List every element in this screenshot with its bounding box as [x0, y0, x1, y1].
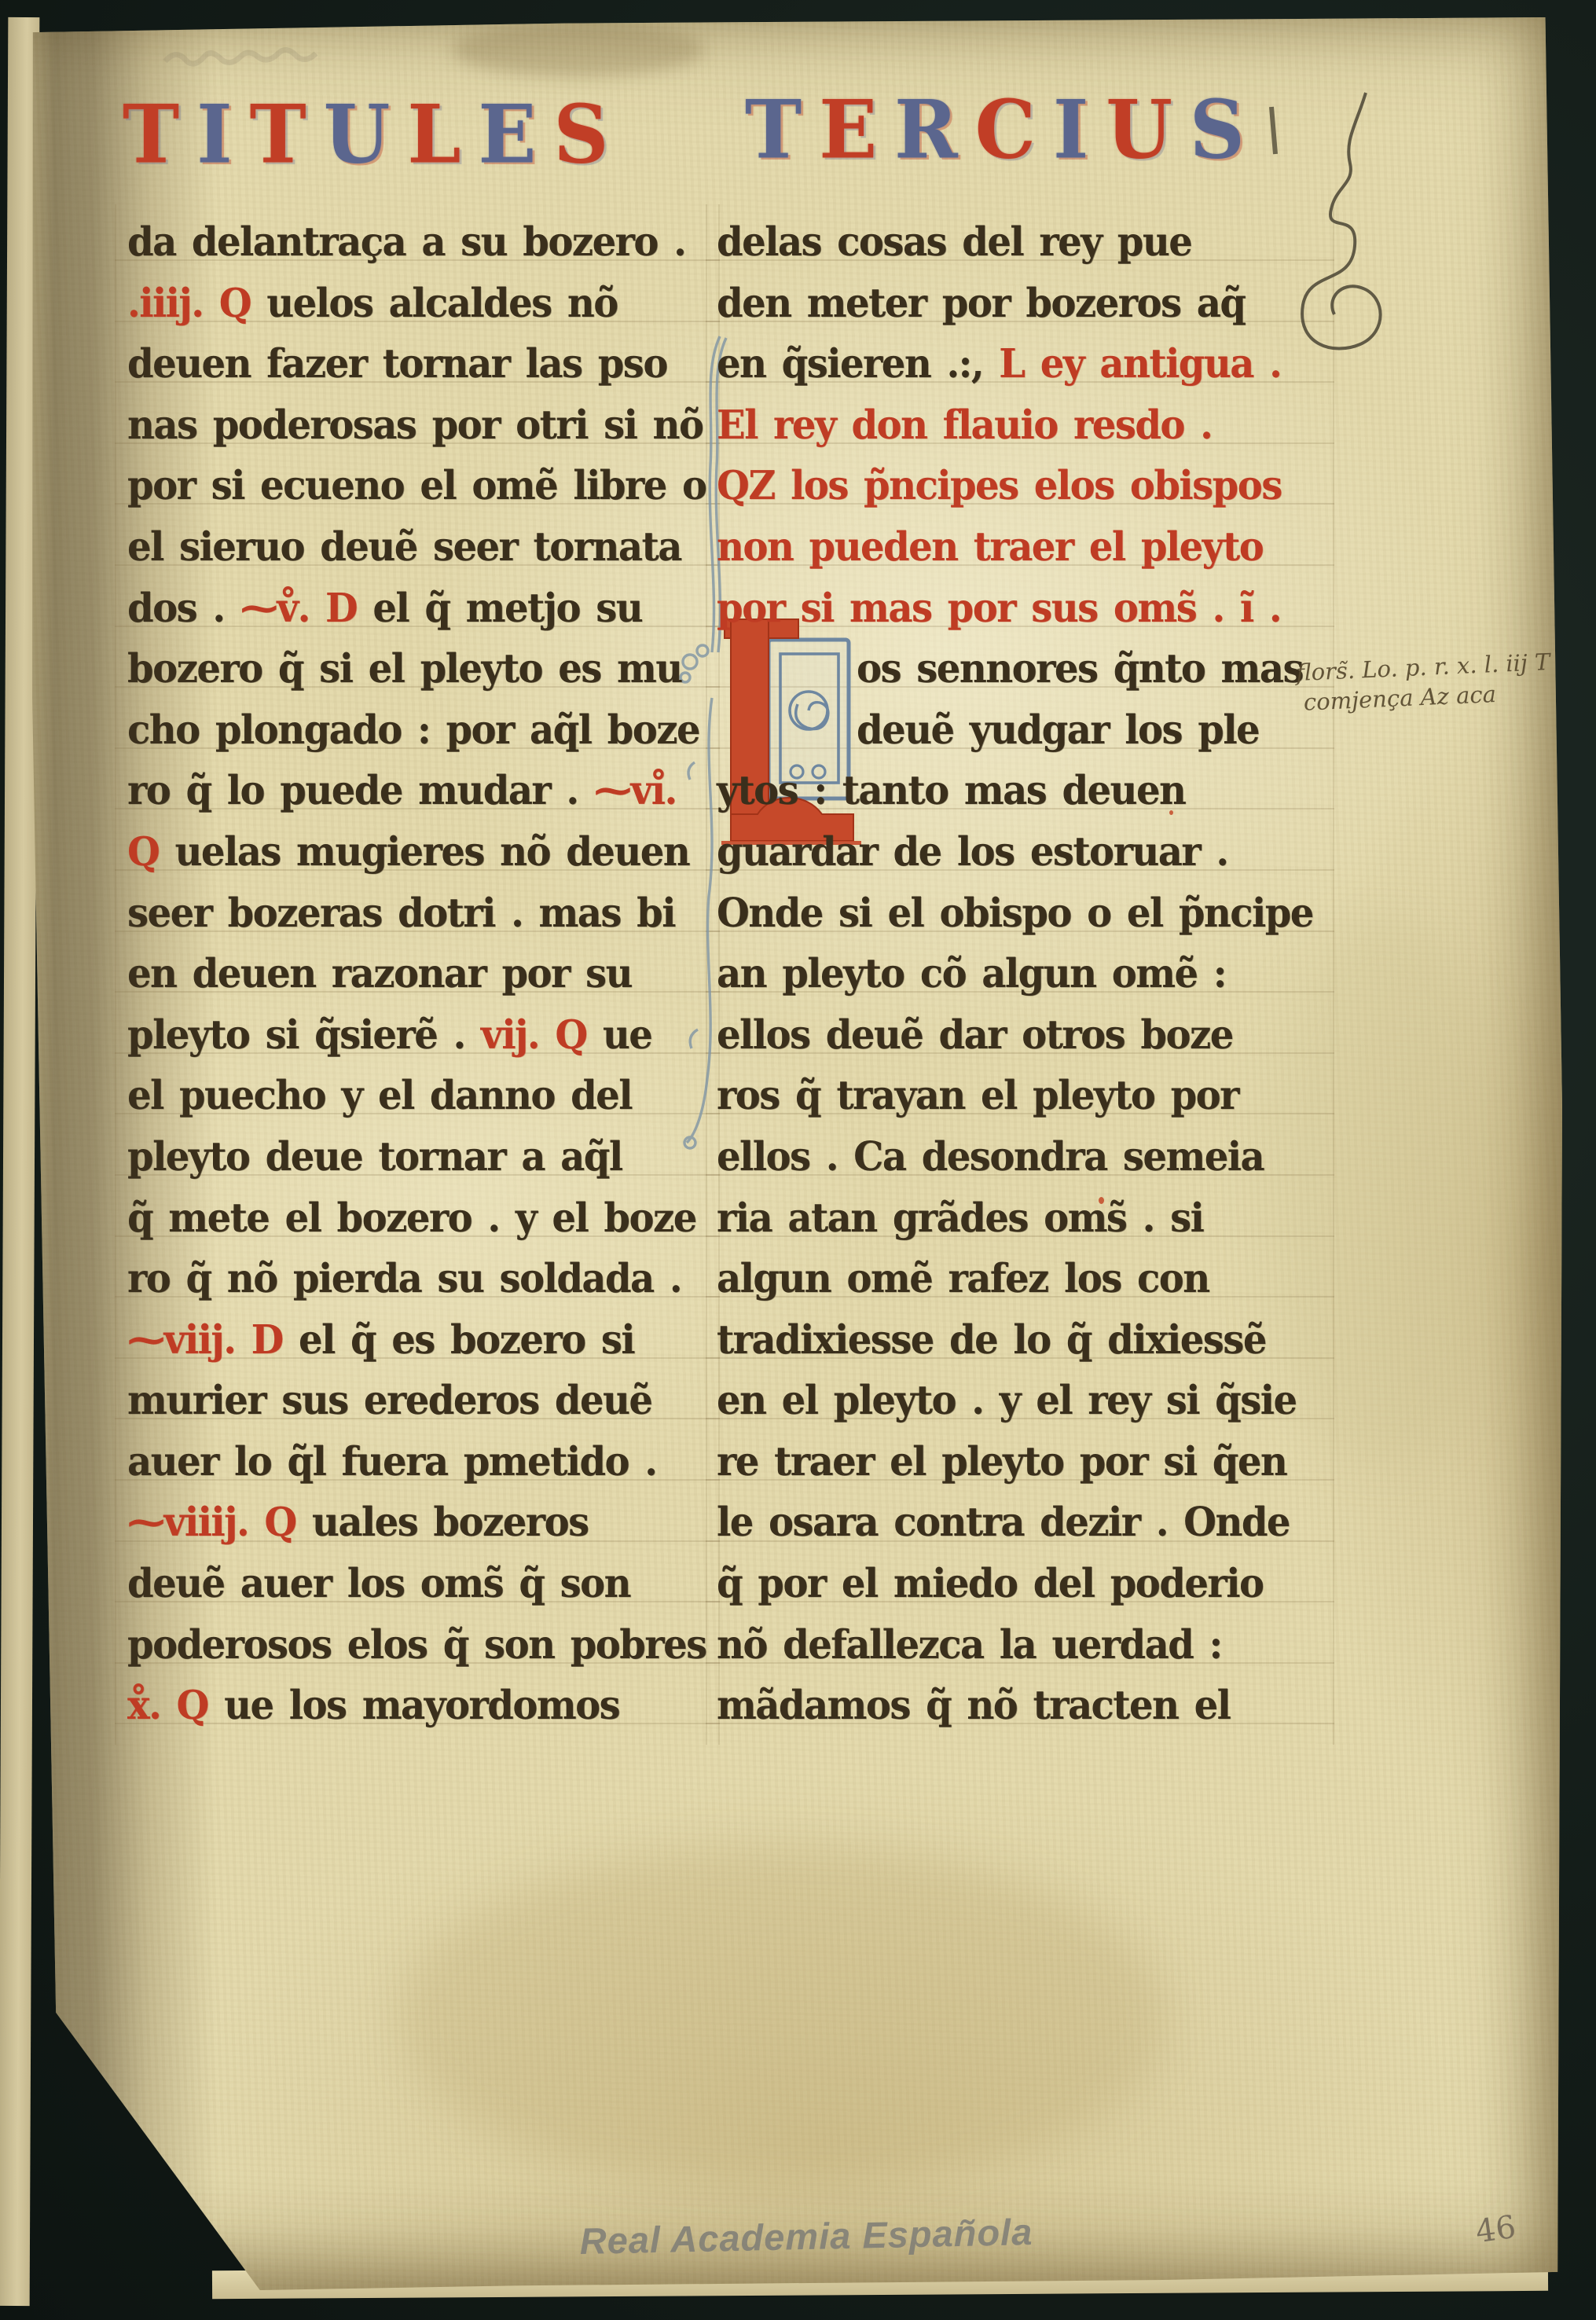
header-letter: U: [324, 87, 391, 182]
text-line: El rey don flauio resdo .: [717, 393, 1323, 457]
text-line: .iiij. Q uelos alcaldes nõ: [127, 271, 704, 336]
body-text: ro q̃ nõ pierda su soldada .: [127, 1255, 681, 1301]
body-text: en deuen razonar por su: [127, 950, 632, 997]
rubric-text: ⁓viiij. Q: [127, 1500, 296, 1546]
rubric-text: por si mas por sus oms̃ . ĩ .: [717, 585, 1281, 631]
header-letter: C: [975, 83, 1036, 177]
body-text: pleyto deue tornar a aq̃l: [127, 1133, 622, 1180]
parchment-stain: [453, 22, 704, 77]
text-line: algun omẽ rafez los con: [717, 1247, 1323, 1312]
running-title-titules: TITULES: [123, 90, 626, 179]
parchment-stain: [398, 1845, 1168, 2191]
text-line: en el pleyto . y el rey si q̃sie: [717, 1369, 1323, 1433]
column-guide: [115, 204, 116, 1745]
text-line: ros q̃ trayan el pleyto por: [717, 1064, 1323, 1129]
body-text: da delantraça a su bozero .: [127, 218, 685, 265]
text-line: en deuen razonar por su: [127, 942, 704, 1007]
text-line: delas cosas del rey pue: [717, 211, 1323, 275]
header-letter: T: [123, 87, 179, 182]
text-line: el sieruo deuẽ seer tornata: [127, 516, 704, 580]
body-text: el q̃ es bozero si: [299, 1316, 634, 1363]
text-column-left: da delantraça a su bozero ..iiij. Q uelo…: [127, 212, 704, 1737]
text-line: guardar de los estoruar .: [717, 820, 1323, 885]
parchment-page: TITULES TERCIUS da delantraça a su: [28, 14, 1562, 2290]
body-text: nõ defallezca la uerdad :: [717, 1621, 1222, 1668]
text-line: tradixiesse de lo q̃ dixiessẽ: [717, 1308, 1323, 1372]
body-text: el sieruo deuẽ seer tornata: [127, 523, 681, 570]
margin-annotation: flors̃. Lo. p. r. x. l. iij T comjença A…: [1295, 647, 1551, 718]
header-letter: I: [1053, 83, 1088, 177]
text-line: pleyto deue tornar a aq̃l: [127, 1125, 704, 1190]
rubric-text: .iiij. Q: [127, 280, 251, 326]
header-letter: L: [407, 87, 460, 182]
body-text: q̃ por el miedo del poderio: [717, 1560, 1263, 1606]
rubric-text: L ey antigua .: [999, 340, 1281, 387]
body-text: ros q̃ trayan el pleyto por: [717, 1073, 1238, 1119]
rubric-text: non pueden traer el pleyto: [717, 523, 1263, 570]
text-line: le osara contra dezir . Onde: [717, 1491, 1323, 1555]
body-text: auer lo q̃l fuera pmetido .: [127, 1438, 657, 1485]
body-text: uelos alcaldes nõ: [251, 280, 618, 326]
body-text: bozero q̃ si el pleyto es mu: [127, 645, 682, 692]
body-text: ellos deuẽ dar otros boze: [717, 1011, 1233, 1058]
rubric-text: QZ los p̃ncipes elos obispos: [717, 463, 1282, 509]
text-line: dos . ⁓v̊. D el q̃ metjo su: [127, 576, 704, 641]
text-line: x̊. Q ue los mayordomos: [127, 1674, 704, 1738]
faint-pencil-inscription: [154, 25, 374, 88]
body-text: deuẽ yudgar los ple: [857, 707, 1259, 753]
header-letter: T: [745, 83, 802, 177]
header-letter: S: [1190, 83, 1245, 177]
text-line: pleyto si q̃sierẽ . vij. Q ue: [127, 1003, 704, 1067]
text-line: ria atan grãdes oms̃ . si: [717, 1186, 1323, 1250]
text-line: den meter por bozeros aq̃: [717, 271, 1323, 336]
folio-number: 46: [1473, 2209, 1518, 2251]
body-text: poderosos elos q̃ son pobres: [127, 1621, 706, 1668]
body-text: murier sus erederos deuẽ: [127, 1378, 651, 1424]
body-text: q̃ mete el bozero . y el boze: [127, 1195, 696, 1241]
body-text: ellos . Ca desondra semeia: [717, 1133, 1264, 1180]
body-text: cho plongado : por aq̃l boze: [127, 707, 699, 753]
body-text: ytos : tanto mas deuen: [717, 768, 1185, 814]
rubric-text: Q: [127, 828, 159, 875]
body-text: an pleyto cõ algun omẽ :: [717, 950, 1226, 997]
text-line: ro q̃ lo puede mudar . ⁓vi̊.: [127, 759, 704, 824]
body-text: el q̃ metjo su: [372, 585, 642, 631]
rubric-text: ⁓vi̊.: [594, 768, 677, 814]
text-line: deuen fazer tornar las pso: [127, 332, 704, 397]
body-text: por si ecueno el omẽ libre o: [127, 463, 706, 509]
header-letter: E: [819, 83, 877, 177]
body-text: en el pleyto . y el rey si q̃sie: [717, 1378, 1297, 1424]
body-text: uelas mugieres nõ deuen: [159, 828, 689, 875]
body-text: os sennores q̃nto mas: [857, 645, 1303, 692]
text-line: auer lo q̃l fuera pmetido .: [127, 1430, 704, 1495]
body-text: en q̃sieren .:,: [717, 340, 999, 387]
rubric-text: ⁓viij. D: [127, 1316, 299, 1363]
running-title-tercius: TERCIUS: [745, 85, 1262, 174]
body-text: guardar de los estoruar .: [717, 828, 1228, 875]
rubric-text: ⁓v̊. D: [240, 585, 373, 631]
body-text: dos .: [127, 585, 240, 631]
watermark: Real Academia Española: [546, 2209, 1066, 2263]
text-line: ellos deuẽ dar otros boze: [717, 1003, 1323, 1067]
pencil-flourish: [1254, 82, 1427, 365]
body-text: seer bozeras dotri . mas bi: [127, 890, 675, 936]
header-letter: U: [1106, 83, 1172, 177]
text-line: QZ los p̃ncipes elos obispos: [717, 454, 1323, 519]
text-line: poderosos elos q̃ son pobres: [127, 1613, 704, 1677]
body-text: delas cosas del rey pue: [717, 218, 1191, 265]
text-column-right: delas cosas del rey pueden meter por boz…: [717, 212, 1323, 1737]
body-text: Onde si el obispo o el p̃ncipe: [717, 890, 1313, 936]
body-text: deuen fazer tornar las pso: [127, 340, 667, 387]
text-line: deuẽ auer los oms̃ q̃ son: [127, 1552, 704, 1617]
text-line: el puecho y el danno del: [127, 1064, 704, 1129]
body-text: algun omẽ rafez los con: [717, 1255, 1209, 1301]
text-line: re traer el pleyto por si q̃en: [717, 1430, 1323, 1495]
text-line: ro q̃ nõ pierda su soldada .: [127, 1247, 704, 1312]
body-text: ro q̃ lo puede mudar .: [127, 768, 594, 814]
body-text: uales bozeros: [296, 1500, 589, 1546]
text-line: en q̃sieren .:, L ey antigua .: [717, 332, 1323, 397]
body-text: ria atan grãdes oms̃ . si: [717, 1195, 1203, 1241]
body-text: deuẽ auer los oms̃ q̃ son: [127, 1560, 630, 1606]
header-letter: E: [479, 87, 537, 182]
text-line: ⁓viij. D el q̃ es bozero si: [127, 1308, 704, 1372]
rubric-text: El rey don flauio resdo .: [717, 402, 1212, 448]
text-line: Onde si el obispo o el p̃ncipe: [717, 881, 1323, 945]
text-line: da delantraça a su bozero .: [127, 211, 704, 275]
text-line: non pueden traer el pleyto: [717, 516, 1323, 580]
body-text: tradixiesse de lo q̃ dixiessẽ: [717, 1316, 1266, 1363]
text-line: bozero q̃ si el pleyto es mu: [127, 637, 704, 702]
body-text: den meter por bozeros aq̃: [717, 280, 1245, 326]
text-line: murier sus erederos deuẽ: [127, 1369, 704, 1433]
body-text: mãdamos q̃ nõ tracten el: [717, 1683, 1230, 1729]
text-line: ytos : tanto mas deuen: [717, 759, 1323, 824]
text-line: Q uelas mugieres nõ deuen: [127, 820, 704, 885]
rubric-text: vij. Q: [481, 1011, 587, 1058]
text-line: nas poderosas por otri si nõ: [127, 393, 704, 457]
body-text: el puecho y el danno del: [127, 1073, 632, 1119]
body-text: pleyto si q̃sierẽ .: [127, 1011, 481, 1058]
text-line: por si mas por sus oms̃ . ĩ .: [717, 576, 1323, 641]
column-guide: [1333, 204, 1334, 1745]
text-line: q̃ por el miedo del poderio: [717, 1552, 1323, 1617]
text-line: an pleyto cõ algun omẽ :: [717, 942, 1323, 1007]
body-text: ue los mayordomos: [208, 1683, 619, 1729]
text-line: nõ defallezca la uerdad :: [717, 1613, 1323, 1677]
header-letter: S: [553, 87, 608, 182]
rubric-text: x̊. Q: [127, 1683, 208, 1729]
body-text: nas poderosas por otri si nõ: [127, 402, 703, 448]
body-text: le osara contra dezir . Onde: [717, 1500, 1290, 1546]
text-line: mãdamos q̃ nõ tracten el: [717, 1674, 1323, 1738]
text-line: cho plongado : por aq̃l boze: [127, 698, 704, 762]
manuscript-photo: { "headers": { "left": { "word": "TITULE…: [0, 0, 1596, 2320]
header-letter: R: [894, 83, 958, 177]
header-letter: I: [196, 87, 232, 182]
text-line: ellos . Ca desondra semeia: [717, 1125, 1323, 1190]
text-line: seer bozeras dotri . mas bi: [127, 881, 704, 945]
header-letter: T: [250, 87, 306, 182]
body-text: ue: [587, 1011, 652, 1058]
text-line: por si ecueno el omẽ libre o: [127, 454, 704, 519]
text-line: q̃ mete el bozero . y el boze: [127, 1186, 704, 1250]
text-line: os sennores q̃nto mas: [717, 637, 1323, 702]
text-line: deuẽ yudgar los ple: [717, 698, 1323, 762]
text-line: ⁓viiij. Q uales bozeros: [127, 1491, 704, 1555]
body-text: re traer el pleyto por si q̃en: [717, 1438, 1286, 1485]
